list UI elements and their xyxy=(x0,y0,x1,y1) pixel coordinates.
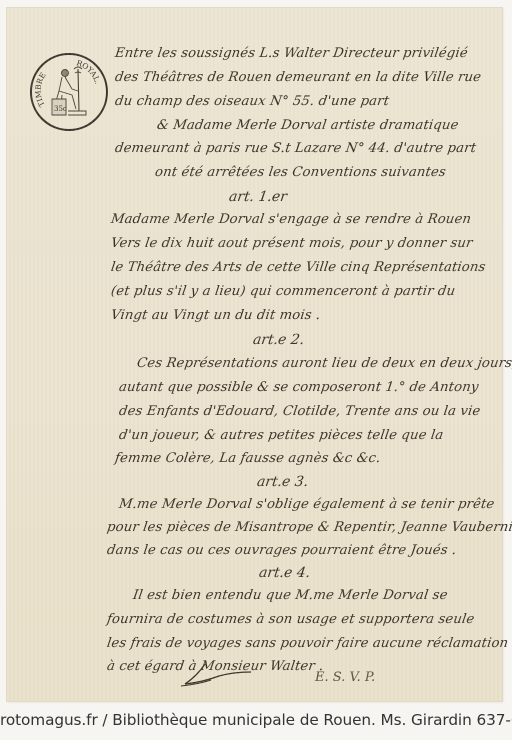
article-2-line: Ces Représentations auront lieu de deux … xyxy=(136,356,512,371)
article-2-line: femme Colère, La fausse agnès &c &c. xyxy=(114,451,382,466)
article-4-line: fournira de costumes à son usage et supp… xyxy=(106,612,475,627)
preamble-line: demeurant à paris rue S.t Lazare N° 44. … xyxy=(114,141,477,156)
article-3-line: pour les pièces de Misantrope & Repentir… xyxy=(106,520,512,535)
article-1-line: (et plus s'il y a lieu) qui commenceront… xyxy=(110,284,456,299)
preamble-line: & Madame Merle Dorval artiste dramatique xyxy=(156,118,460,133)
article-2-line: des Enfants d'Edouard, Clotilde, Trente … xyxy=(118,404,481,419)
manuscript-page: TIMBRE ROYAL. 35c Entre les soussignés L… xyxy=(7,8,502,701)
article-2-line: d'un joueur, & autres petites pièces tel… xyxy=(118,428,444,443)
closing-initials: E. S. V. P. xyxy=(315,670,375,685)
stamp-text-left: TIMBRE xyxy=(33,71,47,109)
svg-text:TIMBRE: TIMBRE xyxy=(33,71,47,109)
article-3-line: dans le cas ou ces ouvrages pourraient ê… xyxy=(106,543,457,558)
article-3-heading: art.e 3. xyxy=(256,474,309,490)
stamp-text-right: ROYAL. xyxy=(75,58,102,85)
preamble-line: ont été arrêtées les Conventions suivant… xyxy=(154,165,447,180)
stamp-seal-icon: TIMBRE ROYAL. 35c xyxy=(32,55,106,129)
preamble-line: Entre les soussignés L.s Walter Directeu… xyxy=(114,46,469,61)
article-2-heading: art.e 2. xyxy=(252,332,305,348)
preamble-line: des Théâtres de Rouen demeurant en la di… xyxy=(114,70,482,85)
article-1-line: le Théâtre des Arts de cette Ville cinq … xyxy=(110,260,487,275)
article-4-line: les frais de voyages sans pouvoir faire … xyxy=(106,636,509,651)
source-caption: rotomagus.fr / Bibliothèque municipale d… xyxy=(0,711,512,729)
article-3-line: M.me Merle Dorval s'oblige également à s… xyxy=(118,497,495,512)
timbre-royal-stamp: TIMBRE ROYAL. 35c xyxy=(30,53,108,131)
article-1-line: Vers le dix huit aout présent mois, pour… xyxy=(110,236,474,251)
article-4-line: Il est bien entendu que M.me Merle Dorva… xyxy=(132,588,449,603)
article-2-line: autant que possible & se composeront 1.°… xyxy=(118,380,480,395)
stamp-value: 35c xyxy=(54,105,67,113)
article-1-line: Vingt au Vingt un du dit mois . xyxy=(110,308,321,323)
preamble-line: du champ des oiseaux N° 55. d'une part xyxy=(114,94,390,109)
svg-text:ROYAL.: ROYAL. xyxy=(75,58,102,85)
article-4-heading: art.e 4. xyxy=(258,565,311,581)
signature-flourish-icon xyxy=(175,662,255,692)
article-1-line: Madame Merle Dorval s'engage à se rendre… xyxy=(110,212,472,227)
article-1-heading: art. 1.er xyxy=(228,189,288,205)
